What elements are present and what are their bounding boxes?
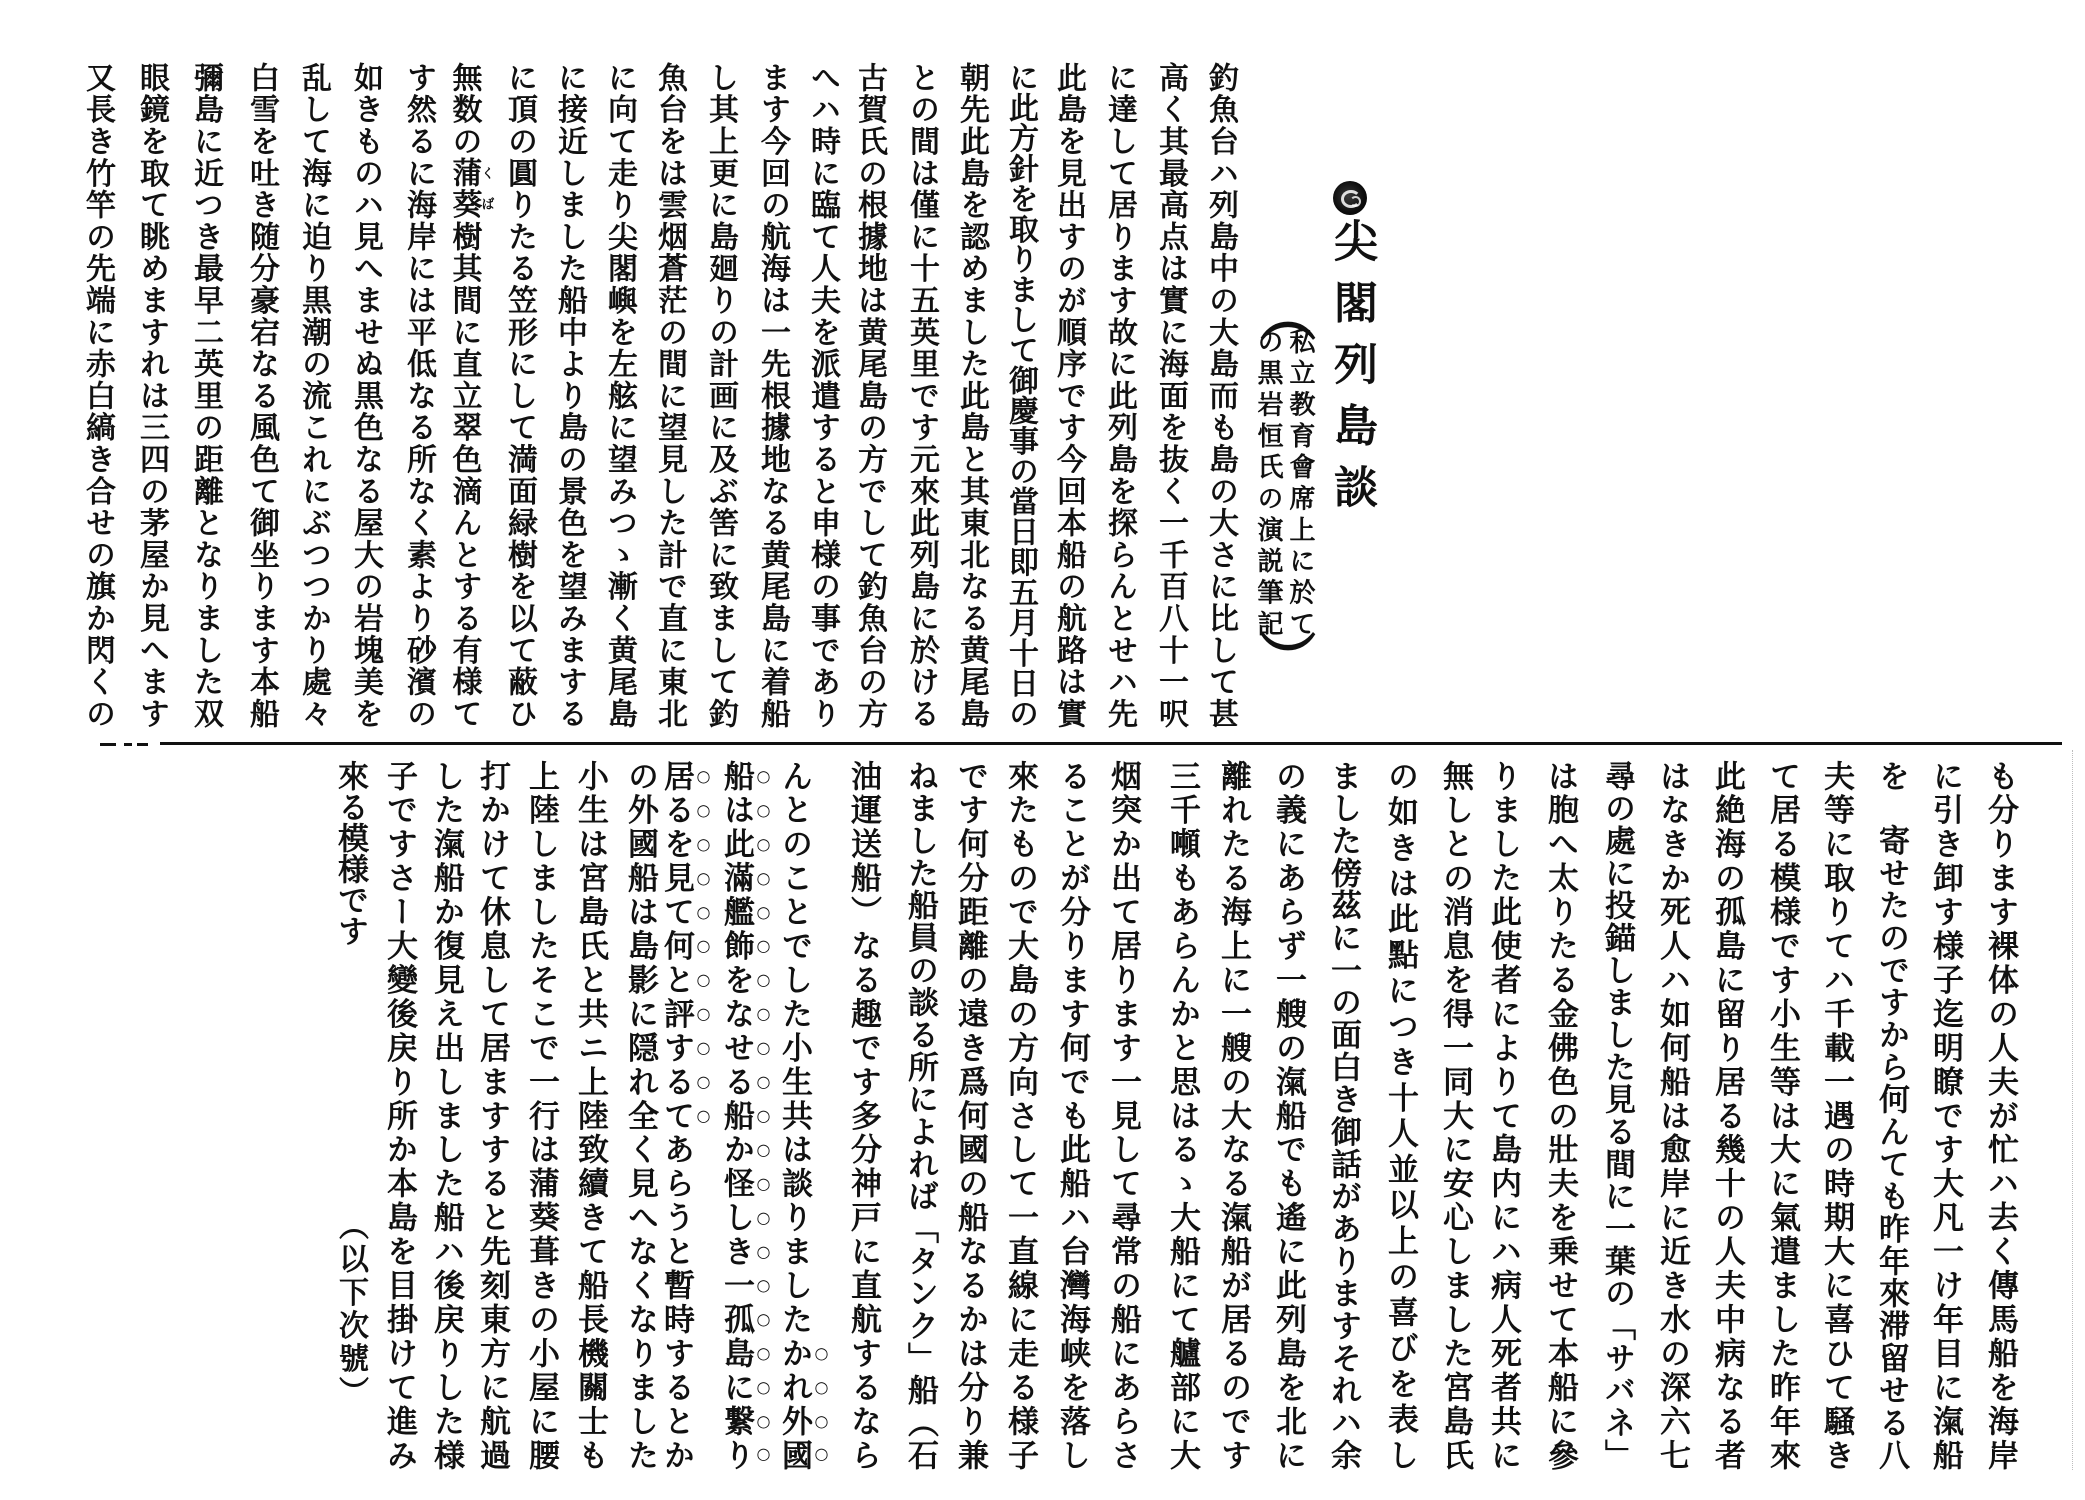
lower-column: の外國船は島影に隠れ全く見へなくなりました xyxy=(617,760,663,1470)
lower-column: 打かけて休息して居ますすると先刻東方に航過 xyxy=(469,760,515,1470)
lower-column: 居るを見て何と評するてあらうと暫時するとか xyxy=(667,760,713,1470)
lower-column: 船は此滿艦飾をなせる船か怪しき一孤島に繋り xyxy=(727,760,773,1470)
lower-column: 尋の處に投錨しました見る間に一葉の「サバネ」 xyxy=(1594,760,1640,1470)
lower-column: は胞へ太りたる金佛色の壯夫を乗せて本船に參 xyxy=(1537,760,1583,1470)
subtitle-line: の黒岩恒氏の演説筆記 xyxy=(1252,328,1284,636)
lower-column: んとのことでした小生共は談りましたかれ外國 xyxy=(785,760,831,1470)
divider-dash xyxy=(100,743,116,746)
emphasized-text: 居るを見て何と評するて xyxy=(658,760,694,1133)
lower-column: した滊船か復見え出しました船ハ後戻りした様 xyxy=(423,760,469,1470)
lower-column: を 寄せたのですから何んても昨年來滞留せる八 xyxy=(1868,760,1914,1470)
upper-column: ます今回の航海は一先根據地なる黄尾島に着船 xyxy=(749,62,795,728)
upper-column: に此方針を取りまして御慶事の當日即五月十日の xyxy=(997,62,1043,728)
lower-column: はなきか死人ハ如何船は愈岸に近き水の深六七 xyxy=(1649,760,1695,1470)
furigana: 蒲葵くば xyxy=(447,157,482,221)
column-text: 無数の xyxy=(447,62,482,157)
emphasized-text: かれ外國 xyxy=(776,1337,812,1470)
column-text: あらうと暫時するとか xyxy=(658,1133,694,1470)
lower-column: ました傍茲に一の面白き御話がありますそれハ余 xyxy=(1320,760,1366,1470)
ruby-reading: くば xyxy=(479,157,494,219)
upper-column: に向て走り尖閣嶼を左舷に望みつゝ漸く黄尾島 xyxy=(596,62,642,728)
upper-column: 魚台をは雲烟蒼茫の間に望見した計で直に東北 xyxy=(646,62,692,728)
upper-column: に頂の圓りたる笠形にして満面緑樹を以て蔽ひ xyxy=(496,62,542,728)
lower-column: ねました船員の談る所によれば「タンク」船（石 xyxy=(897,760,943,1470)
lower-column: 夫等に取りてハ千載一遇の時期大に喜ひて騒き xyxy=(1813,760,1859,1470)
subtitle-line: 私立教育會席上に於て xyxy=(1284,328,1316,636)
upper-column: との間は僅に十五英里です元來此列島に於ける xyxy=(898,62,944,728)
lower-column: 油運送船）なる趣です多分神戸に直航するなら xyxy=(840,760,886,1470)
column-text: んとのことでした小生共は談りました xyxy=(776,760,812,1337)
lower-column: の如きは此點につき十人並以上の喜びを表し xyxy=(1377,760,1423,1470)
upper-column: 釣魚台ハ列島中の大島而も島の大さに比して甚 xyxy=(1197,62,1243,728)
lower-column: 子ですさー大變後戻り所か本島を目掛けて進み xyxy=(376,760,422,1470)
upper-column: 白雪を吐き随分豪宕なる風色て御坐ります本船 xyxy=(238,62,284,728)
upper-column: し其上更に島廻りの計画に及ぶ筈に致まして釣 xyxy=(697,62,743,728)
upper-column: 眼鏡を取て眺めますれは三四の茅屋か見へます xyxy=(128,62,174,728)
column-text: 樹其間に直立翠色滴んとする有様て xyxy=(447,221,482,728)
lower-column: 來たもので大島の方向さして一直線に走る様子 xyxy=(997,760,1043,1470)
upper-column: 古賀氏の根據地は黄尾島の方でして釣魚台の方 xyxy=(846,62,892,728)
divider-dash xyxy=(124,743,132,746)
upper-column: に達して居ります故に此列島を探らんとせハ先 xyxy=(1096,62,1142,728)
upper-column: 朝先此島を認めました此島と其東北なる黄尾島 xyxy=(948,62,994,728)
lower-column: です何分距離の遠き爲何國の船なるかは分り兼 xyxy=(947,760,993,1470)
divider-dash xyxy=(137,743,148,746)
lower-column: に引き卸す様子迄明瞭です大凡一け年目に滊船 xyxy=(1922,760,1968,1470)
upper-column: 乱して海に迫り黒潮の流これにぶつつかり處々 xyxy=(290,62,336,728)
section-divider xyxy=(160,742,2062,745)
lower-column: 烟突か出て居ります一見して尋常の船にあらさ xyxy=(1100,760,1146,1470)
lower-column: も分ります裸体の人夫が忙ハ去く傳馬船を海岸 xyxy=(1977,760,2023,1470)
subtitle-close-paren: ） xyxy=(1256,630,1312,686)
lower-column: 上陸しましたそこで一行は蒲葵葺きの小屋に腰 xyxy=(518,760,564,1470)
ruby-base: 蒲葵 xyxy=(447,157,482,221)
lower-column: て居る模様です小生等は大に氣遣ました昨年來 xyxy=(1759,760,1805,1470)
upper-column: す然るに海岸には平低なる所なく素より砂濱の xyxy=(395,62,441,728)
lower-column: 此絶海の孤島に留り居る幾十の人夫中病なる者 xyxy=(1704,760,1750,1470)
lower-column: の義にあらず一艘の滊船でも遙に此列島を北に xyxy=(1265,760,1311,1470)
article-title: 尖閣列島談 xyxy=(1326,218,1376,508)
continued-note: （以下次號） xyxy=(327,1210,373,1406)
upper-column: 彌島に近つき最早二英里の距離となりました双 xyxy=(182,62,228,728)
upper-column: へハ時に臨て人夫を派遣すると申様の事であり xyxy=(799,62,845,728)
lower-column: 小生は宮島氏と共ニ上陸致續きて船長機關士も xyxy=(567,760,613,1470)
upper-column: 無数の蒲葵くば樹其間に直立翠色滴んとする有様て xyxy=(447,62,493,728)
upper-column: 此島を見出すのが順序です今回本船の航路は實 xyxy=(1045,62,1091,728)
lower-column: 離れたる海上に一艘の大なる滊船が居るのです xyxy=(1210,760,1256,1470)
emphasized-text: 船は此滿艦飾をなせる船か怪しき一孤島に繋り xyxy=(718,760,754,1470)
lower-column: 無しとの消息を得一同大に安心しました宮島氏 xyxy=(1432,760,1478,1470)
page-edge-rule xyxy=(2072,750,2073,1470)
upper-column: 又長き竹竿の先端に赤白縞き合せの旗か閃くの xyxy=(74,62,120,728)
upper-column: 如きものハ見へませぬ黒色なる屋大の岩塊美を xyxy=(342,62,388,728)
upper-column: 高く其最高点は實に海面を抜く一千百八十一呎 xyxy=(1147,62,1193,728)
lower-column: りました此使者によりて島内にハ病人死者共に xyxy=(1480,760,1526,1470)
lower-column: 三千噸もあらんかと思はるゝ大船にて艫部に大 xyxy=(1159,760,1205,1470)
upper-column: に接近しました船中より島の景色を望みまする xyxy=(546,62,592,728)
title-ornament-icon xyxy=(1333,181,1367,215)
lower-column: ることが分ります何でも此船ハ台灣海峡を落し xyxy=(1049,760,1095,1470)
